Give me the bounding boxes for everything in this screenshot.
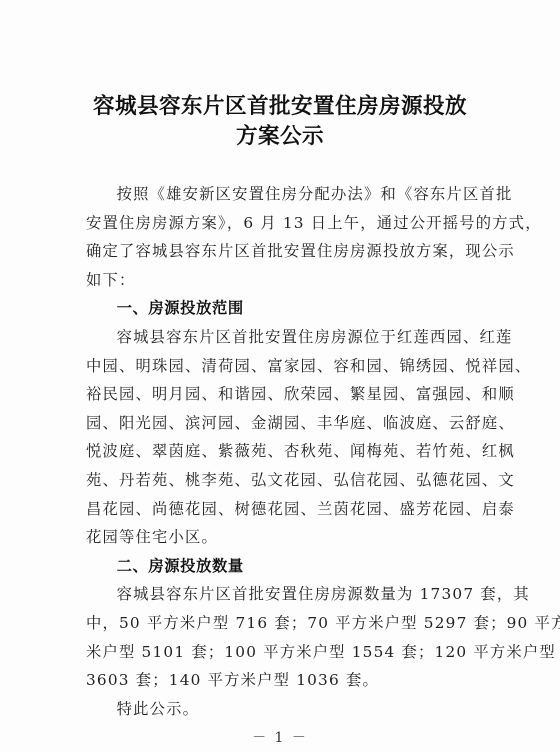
- document-title: 容城县容东片区首批安置住房房源投放 方案公示: [0, 92, 560, 152]
- intro-line: 确定了容城县容东片区首批安置住房房源投放方案，现公示: [55, 237, 478, 266]
- section-1-line: 悦波庭、翠茵庭、紫薇苑、杏秋苑、闻梅苑、若竹苑、红枫: [55, 437, 478, 466]
- section-2-line: 3603 套；140 平方米户型 1036 套。: [55, 666, 478, 695]
- intro-paragraph: 按照《雄安新区安置住房分配办法》和《容东片区首批 安置住房房源方案》，6 月 1…: [86, 180, 478, 294]
- section-2-paragraph: 容城县容东片区首批安置住房房源数量为 17307 套，其 中，50 平方米户型 …: [86, 580, 478, 694]
- section-2-line: 米户型 5101 套；100 平方米户型 1554 套；120 平方米户型: [55, 638, 478, 667]
- section-1-line: 园、阳光园、滨河园、金湖园、丰华庭、临波庭、云舒庭、: [55, 409, 478, 438]
- section-2-heading: 二、房源投放数量: [86, 552, 478, 581]
- section-1-line: 中园、明珠园、清荷园、富家园、容和园、锦绣园、悦祥园、: [55, 352, 478, 381]
- section-1-line: 裕民园、明月园、和谐园、欣荣园、繁星园、富强园、和顺: [55, 380, 478, 409]
- section-1-line: 花园等住宅小区。: [55, 523, 478, 552]
- page-number: － 1 －: [0, 727, 560, 747]
- section-1-heading: 一、房源投放范围: [86, 294, 478, 323]
- title-line-1: 容城县容东片区首批安置住房房源投放: [0, 92, 560, 122]
- section-1-line: 苑、丹若苑、桃李苑、弘文花园、弘信花园、弘德花园、文: [55, 466, 478, 495]
- closing-statement: 特此公示。: [86, 695, 478, 724]
- intro-line: 如下：: [55, 266, 478, 295]
- title-line-2: 方案公示: [0, 122, 560, 152]
- section-2-line: 容城县容东片区首批安置住房房源数量为 17307 套，其: [86, 580, 478, 609]
- document-body: 按照《雄安新区安置住房分配办法》和《容东片区首批 安置住房房源方案》，6 月 1…: [86, 180, 478, 723]
- intro-line: 安置住房房源方案》，6 月 13 日上午，通过公开摇号的方式，: [55, 209, 478, 238]
- section-2-line: 中，50 平方米户型 716 套；70 平方米户型 5297 套；90 平方: [55, 609, 478, 638]
- intro-line: 按照《雄安新区安置住房分配办法》和《容东片区首批: [86, 180, 478, 209]
- section-1-line: 昌花园、尚德花园、树德花园、兰茵花园、盛芳花园、启泰: [55, 495, 478, 524]
- section-1-paragraph: 容城县容东片区首批安置住房房源位于红莲西园、红莲 中园、明珠园、清荷园、富家园、…: [86, 323, 478, 552]
- section-1-line: 容城县容东片区首批安置住房房源位于红莲西园、红莲: [86, 323, 478, 352]
- document-page: 容城县容东片区首批安置住房房源投放 方案公示 按照《雄安新区安置住房分配办法》和…: [0, 0, 560, 752]
